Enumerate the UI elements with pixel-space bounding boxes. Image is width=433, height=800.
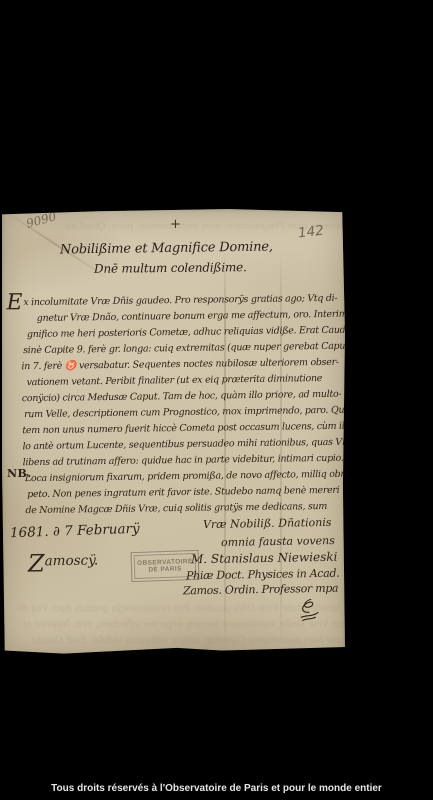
salutation-line-2: Dnē multum colendißime. bbox=[94, 260, 247, 276]
folio-number-annotation: 142 bbox=[297, 222, 325, 241]
scan-viewer: rum Velle, descriptionem cum Prognostico… bbox=[0, 0, 433, 800]
signature-name: M. Stanislaus Niewieski bbox=[191, 550, 338, 567]
place-line: Zamoscÿ. bbox=[28, 552, 99, 569]
letter-page: rum Velle, descriptionem cum Prognostico… bbox=[2, 209, 345, 655]
signature-title-line: Zamos. Ordin. Professor mpa bbox=[183, 582, 338, 598]
salutation-line-1: Nobilißime et Magnifice Domine, bbox=[60, 240, 273, 258]
signature-title-line: Phiæ Doct. Physices in Acad. bbox=[186, 567, 340, 583]
bleedthrough-text: gnifico me heri posterioris Cometæ, adhu… bbox=[32, 635, 377, 646]
date-line: 1681. ∂ 7 Februarÿ bbox=[10, 521, 140, 542]
body-line-text: x incolumitate Vræ Dñis gaudeo. Pro resp… bbox=[23, 293, 337, 308]
place-rest: amoscÿ. bbox=[45, 552, 99, 569]
bleedthrough-text: rum Velle, descriptionem cum Prognostico… bbox=[62, 221, 432, 232]
closing-line: Vræ Nobiliß. Dñationis bbox=[203, 516, 332, 531]
closing-line: omnia fausta vovens bbox=[221, 534, 335, 549]
archive-number-annotation: 9090 bbox=[25, 209, 58, 230]
place-initial: Z bbox=[28, 549, 45, 577]
cross-mark: + bbox=[170, 217, 181, 232]
letter-body: Ex incolumitate Vræ Dñis gaudeo. Pro res… bbox=[20, 293, 339, 521]
signature-flourish-icon bbox=[292, 595, 322, 628]
stamp-line-2: DE PARIS bbox=[148, 565, 182, 574]
copyright-caption: Tous droits réservés à l'Observatoire de… bbox=[0, 783, 433, 794]
drop-cap-initial: E bbox=[6, 290, 22, 315]
